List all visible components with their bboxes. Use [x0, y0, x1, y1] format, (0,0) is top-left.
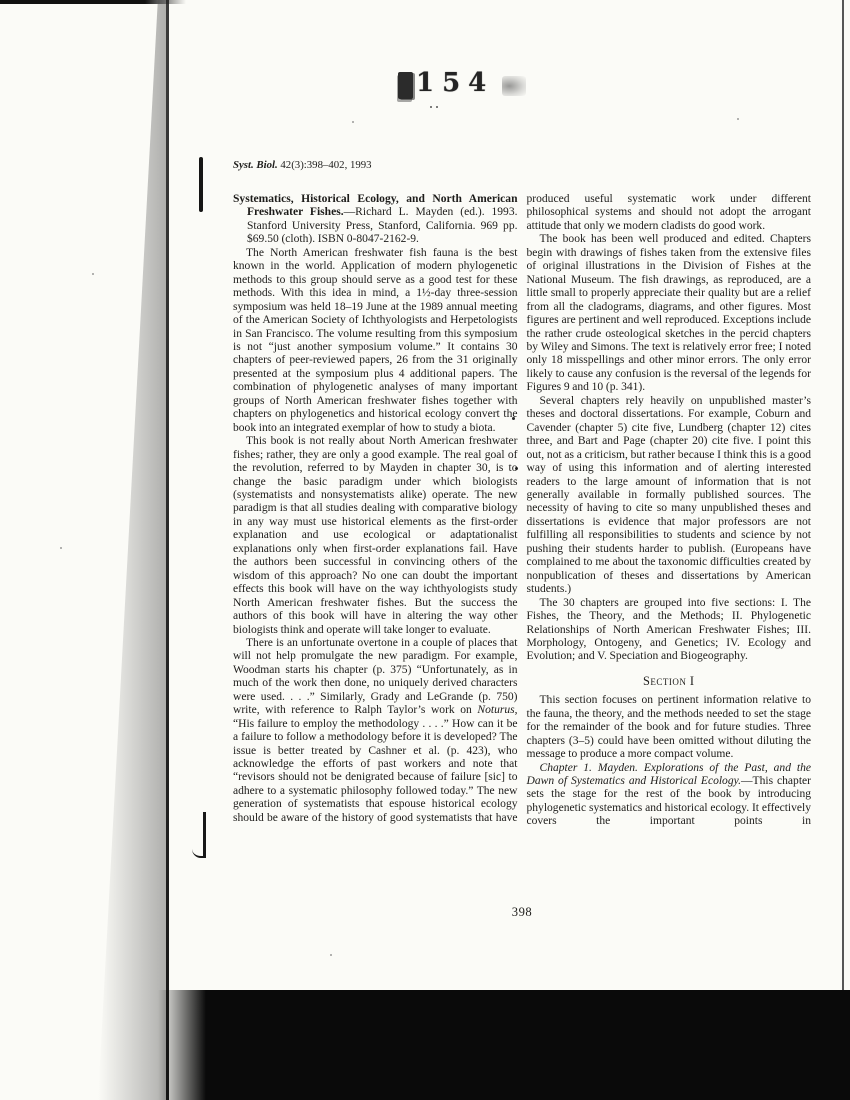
scan-speck: [92, 273, 94, 275]
scan-speck: [737, 118, 739, 120]
paragraph: There is an unfortunate overtone in a co…: [233, 637, 518, 825]
right-column: produced useful systematic work under di…: [527, 193, 812, 829]
book-spine-line: [166, 0, 169, 1100]
book-spine-shadow: [98, 0, 166, 1100]
stamp-dots: [430, 106, 444, 109]
scan-speck: [352, 121, 354, 123]
stamp-smudge-right: [502, 76, 526, 96]
paragraph: Systematics, Historical Ecology, and Nor…: [233, 193, 518, 247]
article-body: Systematics, Historical Ecology, and Nor…: [233, 193, 811, 829]
paragraph: The North American freshwater fish fauna…: [233, 247, 518, 435]
scanned-journal-page: 154 Syst. Biol. 42(3):398–402, 1993 Syst…: [0, 0, 850, 1100]
scan-speck: [60, 547, 62, 549]
stamp-number: 154: [416, 68, 494, 98]
stamp-smudge-left: [398, 72, 413, 99]
paragraph: Chapter 1. Mayden. Explorations of the P…: [527, 762, 812, 829]
paragraph: produced useful systematic work under di…: [527, 193, 812, 233]
left-column: Systematics, Historical Ecology, and Nor…: [233, 193, 518, 829]
paragraph: This book is not really about North Amer…: [233, 435, 518, 637]
paragraph: This section focuses on pertinent inform…: [527, 694, 812, 761]
paragraph: Several chapters rely heavily on unpubli…: [527, 395, 812, 597]
library-stamp: 154: [398, 68, 526, 108]
paragraph: The 30 chapters are grouped into five se…: [527, 597, 812, 664]
paragraph: The book has been well produced and edit…: [527, 233, 812, 394]
margin-ink-mark: [199, 157, 203, 212]
journal-citation-rest: 42(3):398–402, 1993: [278, 159, 372, 171]
scan-bottom-black-band: [158, 990, 850, 1100]
scan-speck: [330, 954, 332, 956]
section-heading: Section I: [527, 675, 812, 688]
page-right-edge-line: [842, 0, 844, 992]
journal-citation-title: Syst. Biol.: [233, 159, 278, 171]
page-number: 398: [233, 905, 811, 920]
journal-citation: Syst. Biol. 42(3):398–402, 1993: [233, 159, 372, 171]
margin-hook-mark: [192, 812, 206, 858]
